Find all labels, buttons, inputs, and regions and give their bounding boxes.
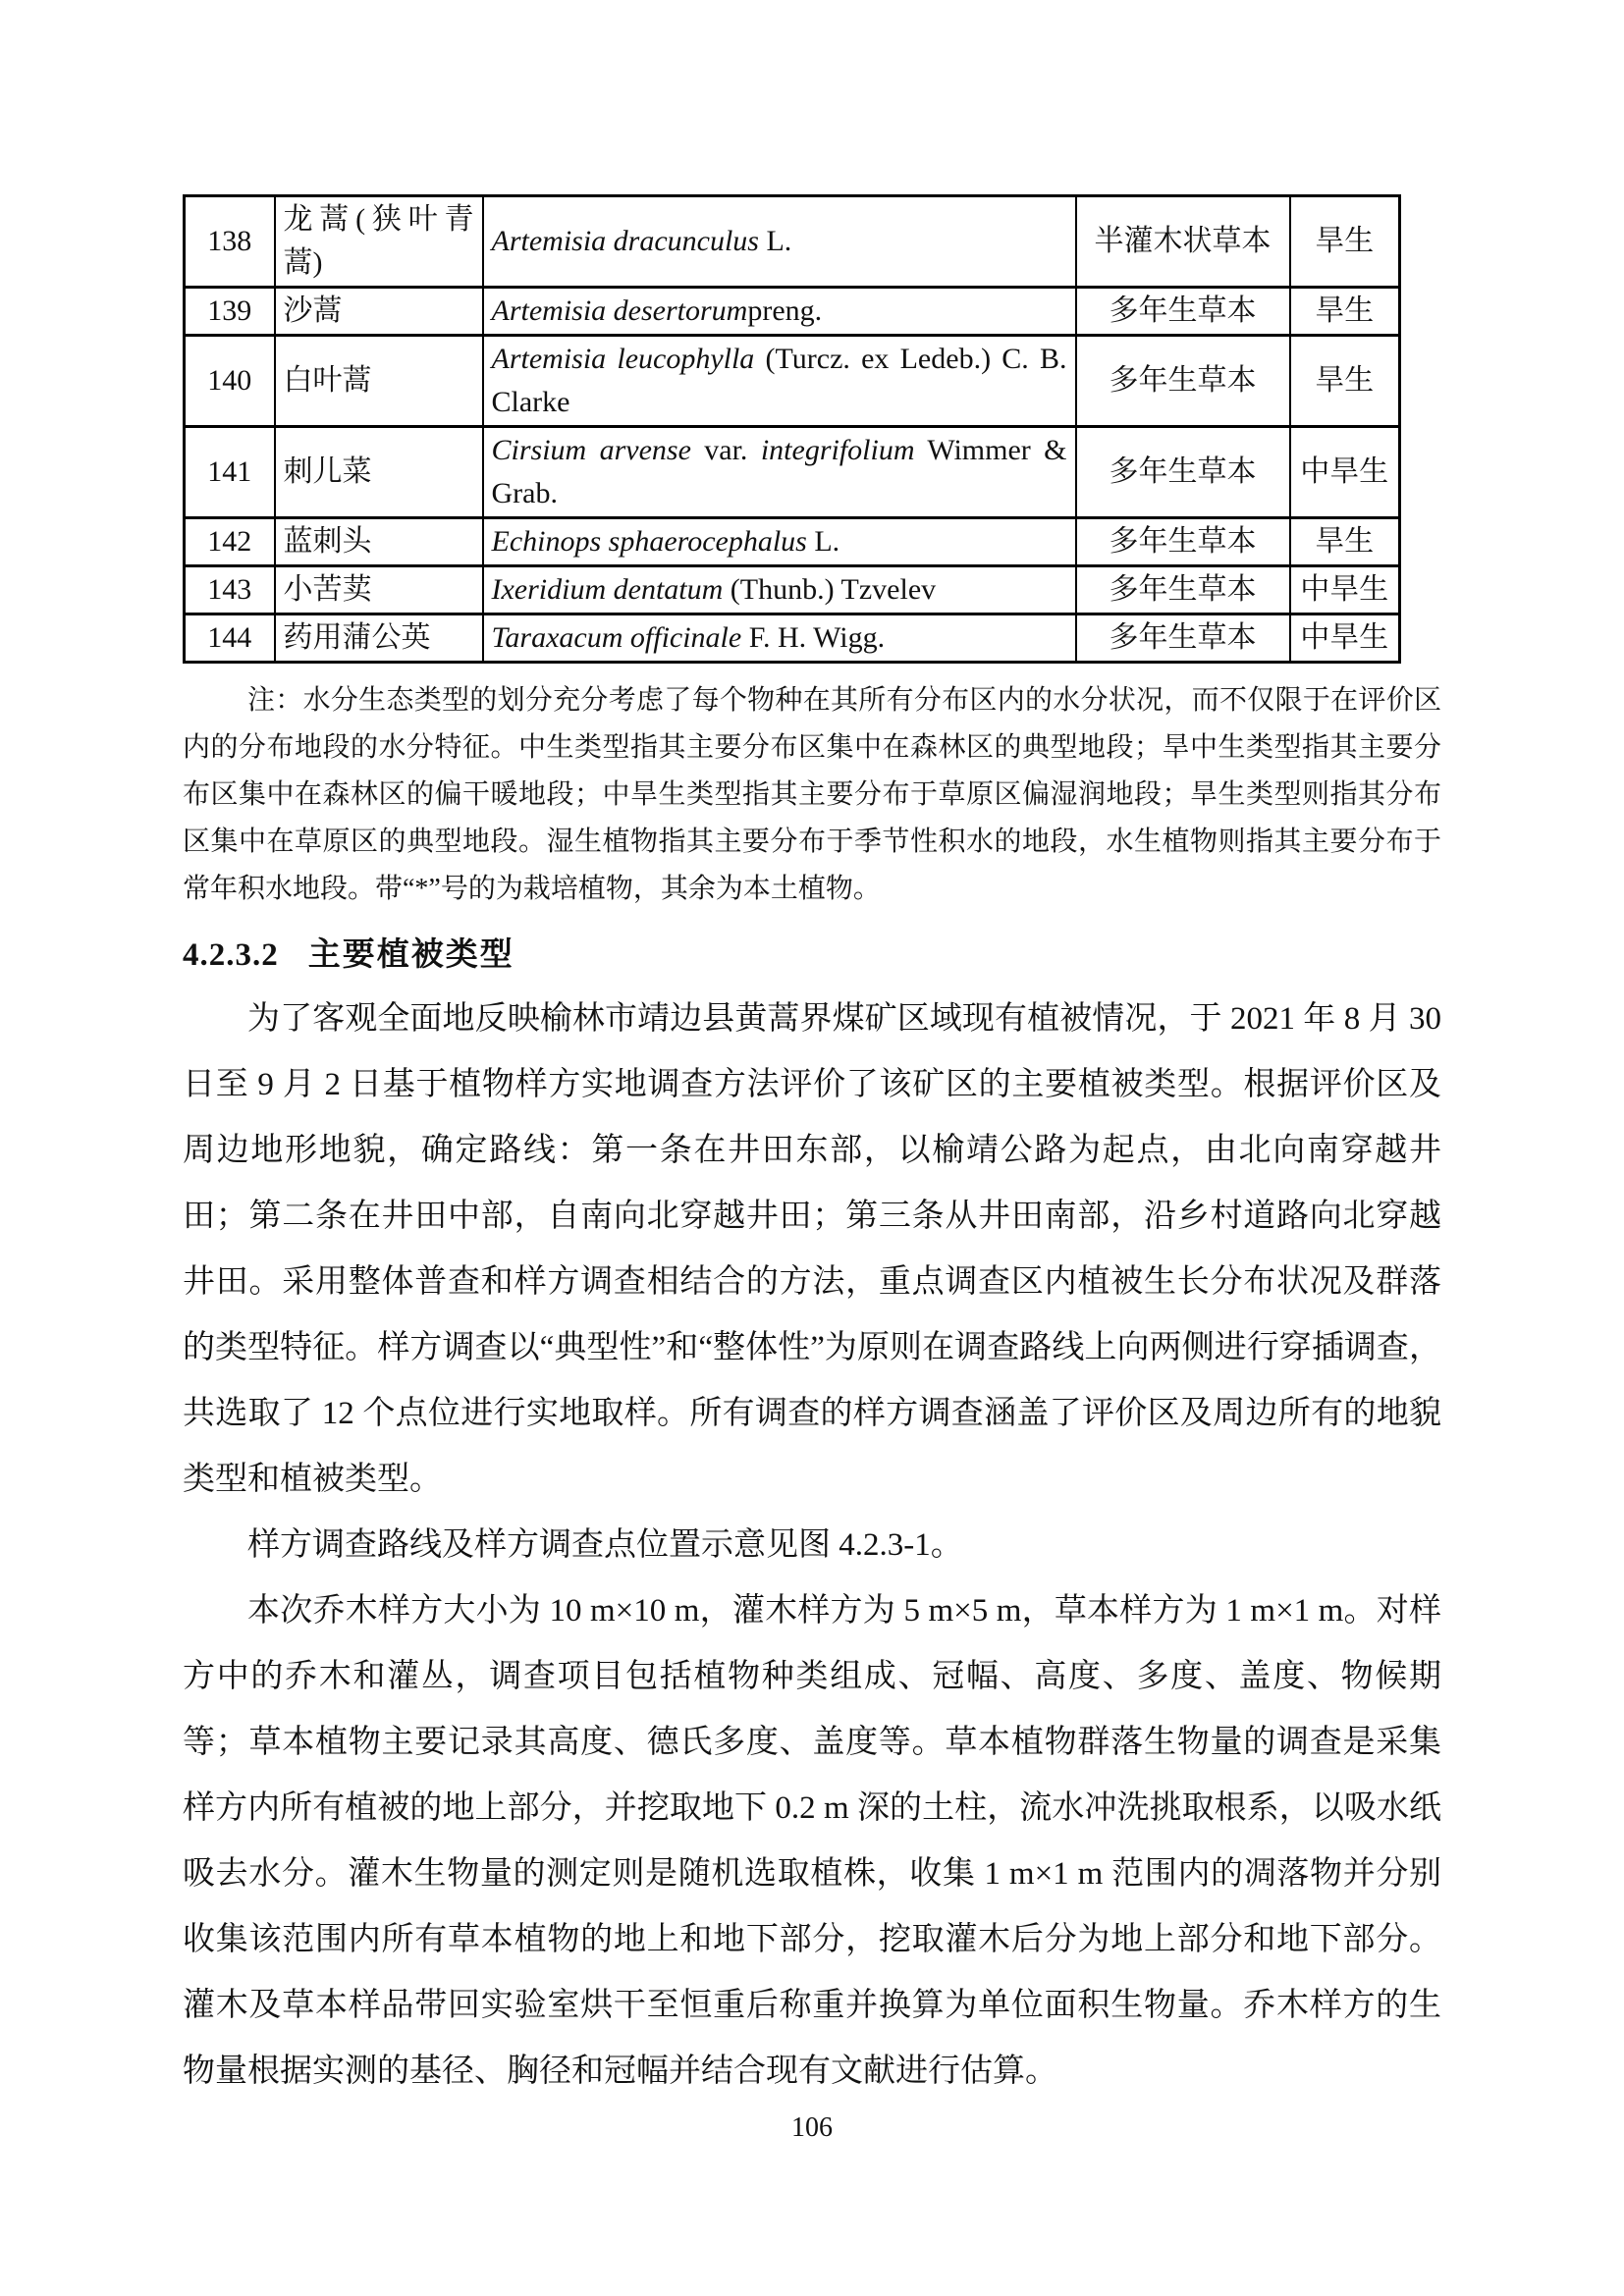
species-number-cell: 144 — [185, 614, 275, 663]
species-number-cell: 141 — [185, 427, 275, 518]
paragraph-survey-overview: 为了客观全面地反映榆林市靖边县黄蒿界煤矿区域现有植被情况，于 2021 年 8 … — [183, 987, 1441, 1513]
water-ecotype-cell: 中旱生 — [1290, 427, 1400, 518]
table-row: 143小苦荬Ixeridium dentatum (Thunb.) Tzvele… — [185, 566, 1400, 614]
section-title: 主要植被类型 — [308, 935, 514, 972]
species-latin-cell: Echinops sphaerocephalus L. — [483, 518, 1076, 566]
life-form-cell: 多年生草本 — [1076, 336, 1290, 427]
section-heading: 4.2.3.2主要植被类型 — [183, 929, 1441, 981]
species-name-cell: 刺儿菜 — [275, 427, 483, 518]
table-row: 138龙蒿(狭叶青蒿)Artemisia dracunculus L.半灌木状草… — [185, 196, 1400, 288]
table-row: 144药用蒲公英Taraxacum officinale F. H. Wigg.… — [185, 614, 1400, 663]
species-number-cell: 142 — [185, 518, 275, 566]
water-ecotype-cell: 旱生 — [1290, 336, 1400, 427]
table-row: 142蓝刺头Echinops sphaerocephalus L.多年生草本旱生 — [185, 518, 1400, 566]
species-latin-cell: Artemisia desertorumpreng. — [483, 288, 1076, 336]
paragraph-figure-reference: 样方调查路线及样方调查点位置示意见图 4.2.3-1。 — [183, 1513, 1441, 1578]
species-table: 138龙蒿(狭叶青蒿)Artemisia dracunculus L.半灌木状草… — [183, 194, 1401, 664]
water-ecotype-cell: 旱生 — [1290, 518, 1400, 566]
species-name-cell: 沙蒿 — [275, 288, 483, 336]
species-number-cell: 143 — [185, 566, 275, 614]
species-latin-cell: Artemisia leucophylla (Turcz. ex Ledeb.)… — [483, 336, 1076, 427]
life-form-cell: 多年生草本 — [1076, 427, 1290, 518]
life-form-cell: 多年生草本 — [1076, 566, 1290, 614]
species-name-cell: 药用蒲公英 — [275, 614, 483, 663]
table-row: 141刺儿菜Cirsium arvense var. integrifolium… — [185, 427, 1400, 518]
page-content: 138龙蒿(狭叶青蒿)Artemisia dracunculus L.半灌木状草… — [0, 0, 1624, 2105]
water-ecotype-cell: 旱生 — [1290, 196, 1400, 288]
life-form-cell: 多年生草本 — [1076, 518, 1290, 566]
species-name-cell: 龙蒿(狭叶青蒿) — [275, 196, 483, 288]
species-name-cell: 小苦荬 — [275, 566, 483, 614]
species-latin-cell: Taraxacum officinale F. H. Wigg. — [483, 614, 1076, 663]
life-form-cell: 多年生草本 — [1076, 614, 1290, 663]
species-latin-cell: Ixeridium dentatum (Thunb.) Tzvelev — [483, 566, 1076, 614]
water-ecotype-cell: 中旱生 — [1290, 614, 1400, 663]
water-ecotype-cell: 中旱生 — [1290, 566, 1400, 614]
species-number-cell: 139 — [185, 288, 275, 336]
species-number-cell: 140 — [185, 336, 275, 427]
species-table-body: 138龙蒿(狭叶青蒿)Artemisia dracunculus L.半灌木状草… — [185, 196, 1400, 663]
species-name-cell: 白叶蒿 — [275, 336, 483, 427]
species-number-cell: 138 — [185, 196, 275, 288]
table-row: 140白叶蒿Artemisia leucophylla (Turcz. ex L… — [185, 336, 1400, 427]
document-page: 138龙蒿(狭叶青蒿)Artemisia dracunculus L.半灌木状草… — [0, 0, 1624, 2296]
life-form-cell: 半灌木状草本 — [1076, 196, 1290, 288]
page-number: 106 — [0, 2109, 1624, 2148]
table-note: 注：水分生态类型的划分充分考虑了每个物种在其所有分布区内的水分状况，而不仅限于在… — [183, 677, 1441, 913]
water-ecotype-cell: 旱生 — [1290, 288, 1400, 336]
paragraph-sampling-method: 本次乔木样方大小为 10 m×10 m，灌木样方为 5 m×5 m，草本样方为 … — [183, 1578, 1441, 2105]
species-name-cell: 蓝刺头 — [275, 518, 483, 566]
life-form-cell: 多年生草本 — [1076, 288, 1290, 336]
table-row: 139沙蒿Artemisia desertorumpreng.多年生草本旱生 — [185, 288, 1400, 336]
section-number: 4.2.3.2 — [183, 937, 279, 973]
species-latin-cell: Cirsium arvense var. integrifolium Wimme… — [483, 427, 1076, 518]
species-latin-cell: Artemisia dracunculus L. — [483, 196, 1076, 288]
